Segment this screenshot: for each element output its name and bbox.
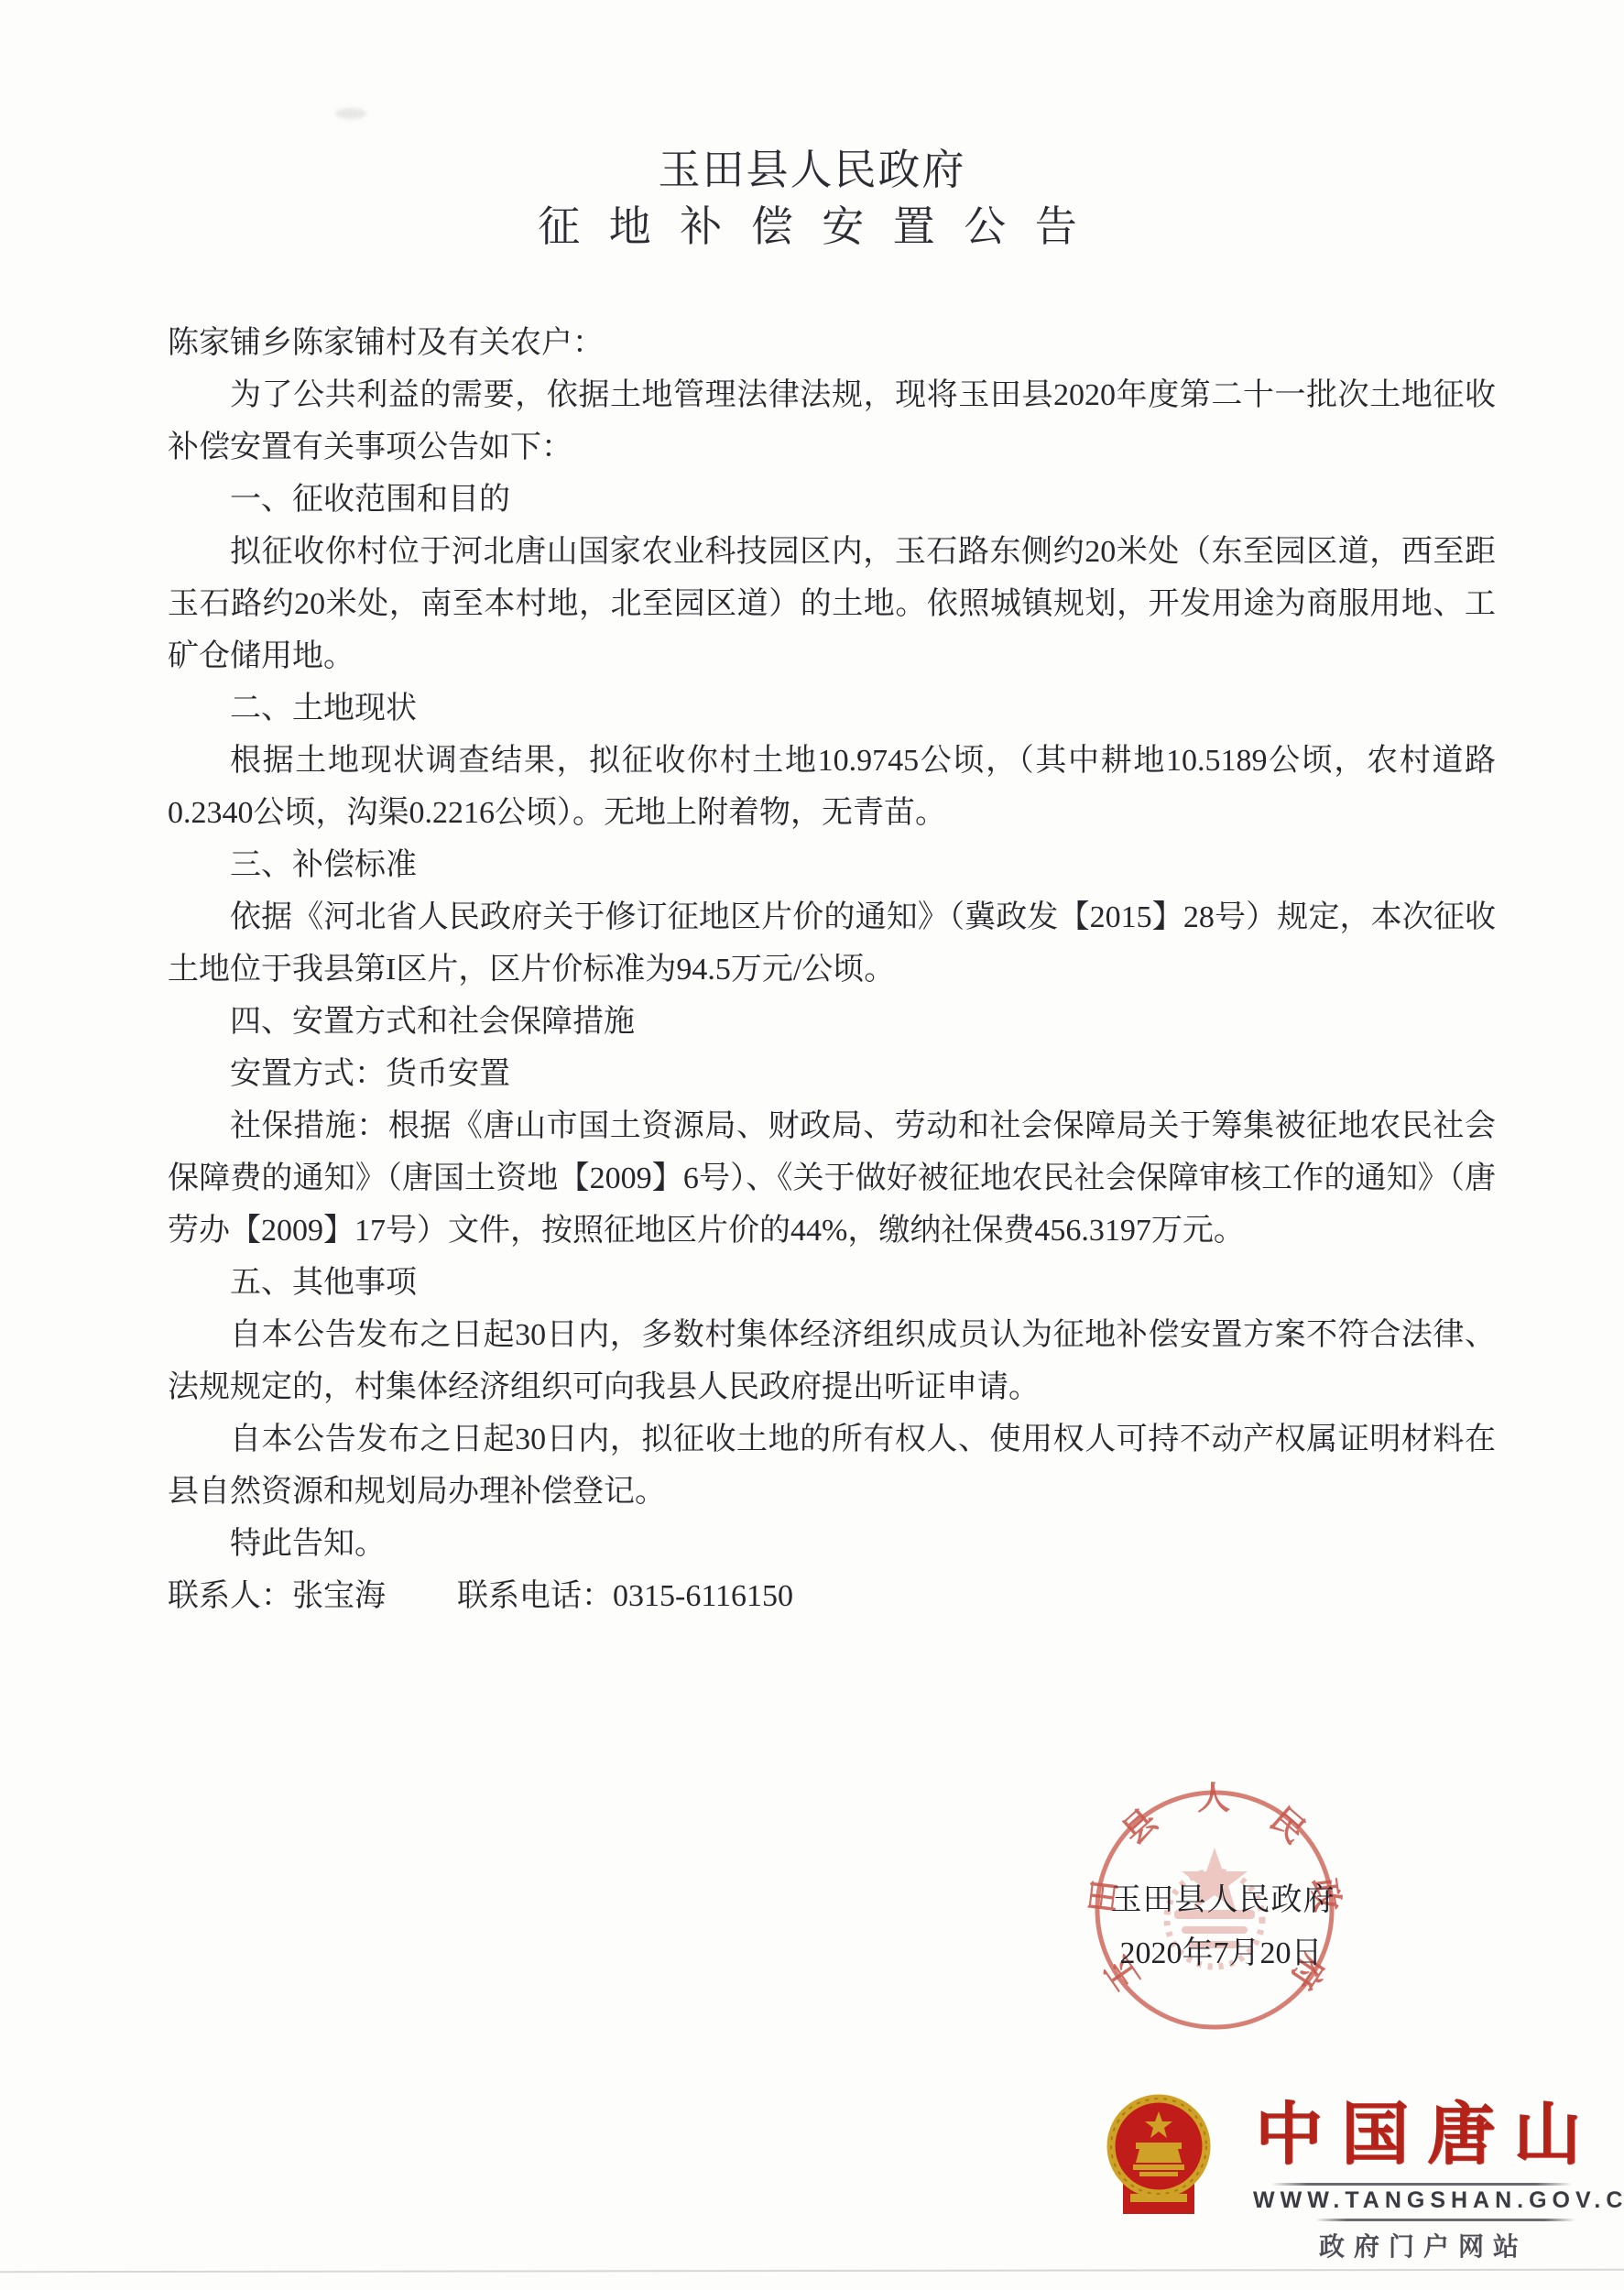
paragraph: 五、其他事项 [168,1257,1496,1309]
paragraph: 陈家铺乡陈家铺村及有关农户： [168,317,1496,369]
paragraph: 依据《河北省人民政府关于修订征地区片价的通知》（冀政发【2015】28号）规定，… [168,891,1496,996]
signature-authority: 玉田县人民政府 [1085,1874,1360,1919]
scan-edge-line [0,2269,1624,2273]
paragraph: 为了公共利益的需要，依据土地管理法律法规，现将玉田县2020年度第二十一批次土地… [168,369,1496,474]
contact-phone: 联系电话：0315-6116150 [457,1579,793,1613]
announcement-title: 征 地 补 偿 安 置 公 告 [0,200,1624,255]
national-emblem-icon [1103,2091,1215,2221]
portal-url: WWW.TANGSHAN.GOV.CN [1253,2187,1583,2214]
paragraph: 根据土地现状调查结果，拟征收你村土地10.9745公顷，（其中耕地10.5189… [168,735,1496,839]
paragraph: 社保措施：根据《唐山市国土资源局、财政局、劳动和社会保障局关于筹集被征地农民社会… [168,1100,1496,1257]
divider-line [1271,2183,1572,2186]
paragraph: 一、征收范围和目的 [168,474,1496,526]
portal-logo-block: 中国唐山 WWW.TANGSHAN.GOV.CN 政府门户网站 [1090,2088,1603,2272]
paragraph: 自本公告发布之日起30日内，多数村集体经济组织成员认为征地补偿安置方案不符合法律… [168,1309,1496,1413]
document-body: 陈家铺乡陈家铺村及有关农户： 为了公共利益的需要，依据土地管理法律法规，现将玉田… [168,317,1496,1622]
scan-smudge [335,108,366,119]
paragraph: 三、补偿标准 [168,839,1496,891]
title-block: 玉田县人民政府 征 地 补 偿 安 置 公 告 [0,145,1624,255]
paragraph: 二、土地现状 [168,682,1496,735]
contact-person: 联系人：张宝海 [168,1579,386,1613]
divider-line [1315,2219,1575,2221]
portal-tagline: 政府门户网站 [1319,2227,1594,2263]
paragraph-list: 陈家铺乡陈家铺村及有关农户： 为了公共利益的需要，依据土地管理法律法规，现将玉田… [168,317,1496,1570]
contact-line: 联系人：张宝海联系电话：0315-6116150 [168,1570,1496,1622]
paragraph: 安置方式：货币安置 [168,1048,1496,1100]
scanned-announcement-page: 玉田县人民政府 征 地 补 偿 安 置 公 告 陈家铺乡陈家铺村及有关农户： 为… [0,0,1624,2290]
paragraph: 拟征收你村位于河北唐山国家农业科技园区内，玉石路东侧约20米处（东至园区道，西至… [168,526,1496,682]
signature-date: 2020年7月20日 [1084,1927,1358,1972]
portal-brand-name: 中国唐山 [1255,2096,1594,2175]
paragraph: 特此告知。 [168,1518,1496,1570]
paragraph: 自本公告发布之日起30日内，拟征收土地的所有权人、使用权人可持不动产权属证明材料… [168,1413,1496,1518]
paragraph: 四、安置方式和社会保障措施 [168,996,1496,1048]
issuing-authority-title: 玉田县人民政府 [0,145,1624,196]
